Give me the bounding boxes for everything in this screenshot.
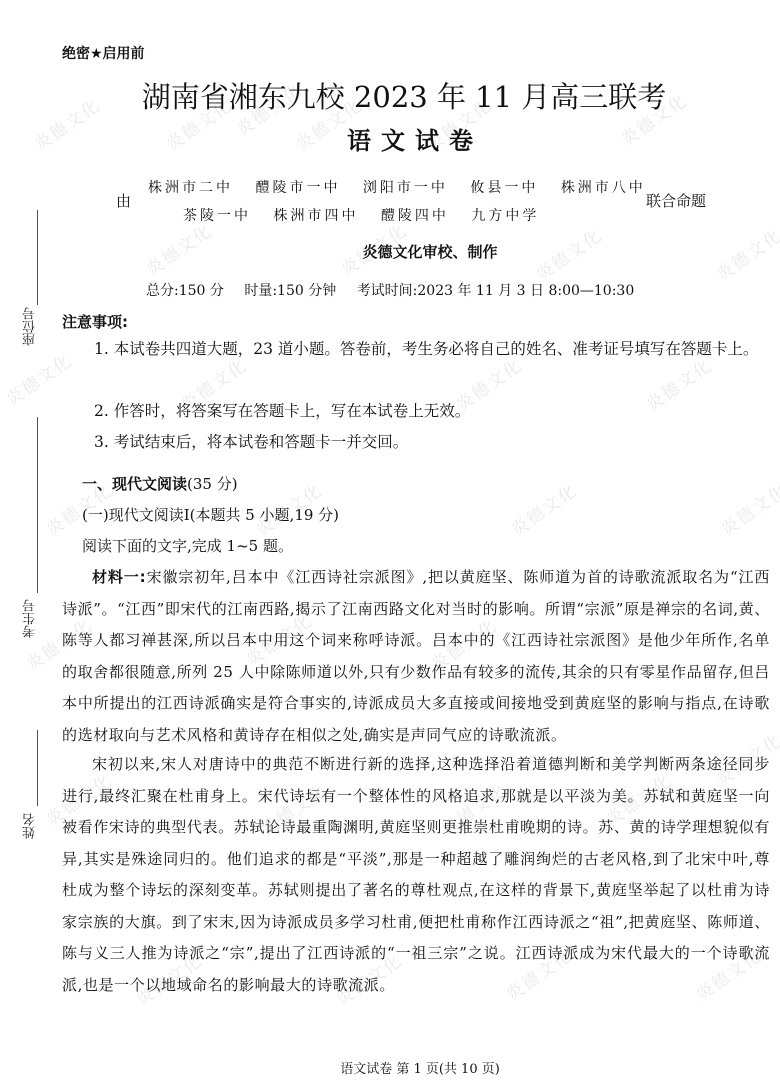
- notice-item: 3. 考试结束后，将本试卷和答题卡一并交回。: [62, 427, 772, 458]
- school-name: 茶陵一中: [183, 208, 251, 224]
- school-name: 株洲市八中: [561, 180, 646, 196]
- notice-item-text: 3. 考试结束后，将本试卷和答题卡一并交回。: [62, 427, 772, 458]
- school-name: 株洲市二中: [148, 180, 233, 196]
- page-footer: 语文试卷 第 1 页(共 10 页): [0, 1058, 780, 1077]
- exam-title-text: 湖南省湘东九校 2023 年 11 月高三联考: [142, 75, 667, 116]
- school-name: 九方中学: [471, 208, 539, 224]
- notice-item: 1. 本试卷共四道大题，23 道小题。答卷前，考生务必将自己的姓名、准考证号填写…: [62, 334, 772, 365]
- material-text: 宋徽宗初年,吕本中《江西诗社宗派图》,把以黄庭坚、陈师道为首的诗歌流派取名为“江…: [62, 568, 770, 744]
- section-title: 一、现代文阅读(35 分): [62, 469, 772, 500]
- notice-title: 注意事项:: [62, 311, 128, 332]
- organizers-prefix: 由: [116, 190, 131, 211]
- school-name: 攸县一中: [470, 180, 538, 196]
- notice-item-text: 2. 作答时，将答案写在答题卡上，写在本试卷上无效。: [62, 396, 772, 427]
- subject-title: 语文试卷: [0, 121, 780, 156]
- notice-item: 2. 作答时，将答案写在答题卡上，写在本试卷上无效。: [62, 396, 772, 427]
- material-paragraph: 材料一:宋徽宗初年,吕本中《江西诗社宗派图》,把以黄庭坚、陈师道为首的诗歌流派取…: [62, 562, 770, 751]
- school-name: 醴陵市一中: [255, 180, 340, 196]
- material-text: 宋初以来,宋人对唐诗中的典范不断进行新的选择,这种选择沿着道德判断和美学判断两条…: [62, 749, 770, 1001]
- school-name: 醴陵四中: [381, 208, 449, 224]
- section-points: (35 分): [187, 475, 238, 493]
- exam-title: 湖南省湘东九校 2023 年 11 月高三联考: [0, 75, 780, 116]
- school-name: 浏阳市一中: [363, 180, 448, 196]
- exam-time: 考试时间:2023 年 11 月 3 日 8:00—10:30: [357, 283, 635, 299]
- exam-number-line[interactable]: [37, 417, 38, 593]
- exam-page: 炎德文化 炎德文化 炎德文化 炎德文化 炎德文化 炎德文化 炎德文化 炎德文化 …: [0, 0, 780, 1086]
- material-paragraph: 宋初以来,宋人对唐诗中的典范不断进行新的选择,这种选择沿着道德判断和美学判断两条…: [62, 749, 770, 1001]
- exam-info: 总分:150 分 时量:150 分钟 考试时间:2023 年 11 月 3 日 …: [146, 280, 650, 300]
- organizers-row-2: 茶陵一中 株洲市四中 醴陵四中 九方中学: [183, 205, 554, 225]
- section-title-text: 一、现代文阅读: [82, 475, 187, 493]
- duration: 时量:150 分钟: [244, 283, 336, 299]
- name-line[interactable]: [37, 730, 38, 806]
- seat-number-label: 座位号: [24, 296, 40, 346]
- exam-number-label: 考生号: [24, 594, 40, 638]
- organizers-suffix: 联合命题: [646, 190, 706, 211]
- producer-credit: 炎德文化审校、制作: [0, 241, 780, 262]
- material-label: 材料一:: [92, 568, 146, 586]
- subsection-title: (一)现代文阅读Ⅰ(本题共 5 小题,19 分): [62, 500, 772, 531]
- confidential-mark: 绝密★启用前: [62, 43, 145, 63]
- reading-instruction: 阅读下面的文字,完成 1~5 题。: [62, 531, 772, 562]
- notice-item-text: 1. 本试卷共四道大题，23 道小题。答卷前，考生务必将自己的姓名、准考证号填写…: [62, 334, 772, 365]
- organizers-row-1: 株洲市二中 醴陵市一中 浏阳市一中 攸县一中 株洲市八中: [148, 177, 661, 197]
- total-score: 总分:150 分: [146, 283, 224, 299]
- name-label: 姓名: [24, 805, 40, 839]
- school-name: 株洲市四中: [273, 208, 358, 224]
